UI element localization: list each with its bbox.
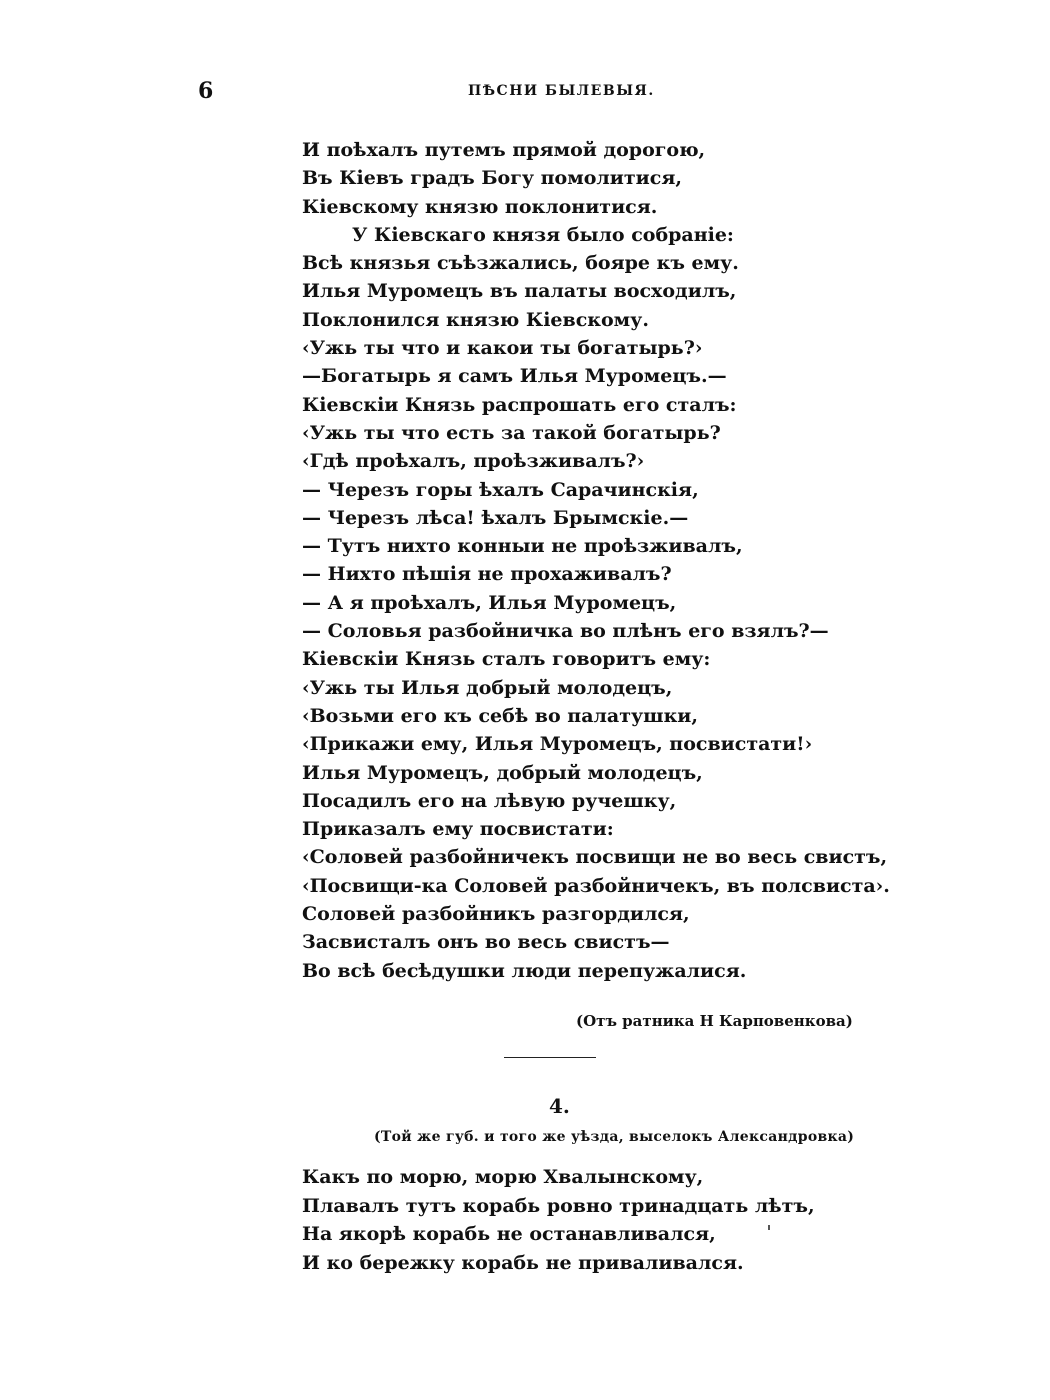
verse-line: Посадилъ его на лѣвую ручешку, [302, 787, 890, 815]
verse-line: Плавалъ тутъ корабь ровно тринадцать лѣт… [302, 1192, 815, 1221]
verse-line: — Нихто пѣшія не прохаживалъ? [302, 560, 890, 588]
book-page: 6 ПѢСНИ БЫЛЕВЫЯ. И поѣхалъ путемъ прямой… [0, 0, 1050, 1400]
verse-line: Кіевскіи Князь сталъ говоритъ ему: [302, 645, 890, 673]
verse-line: Соловей разбойникъ разгордился, [302, 900, 890, 928]
verse-line: Во всѣ бесѣдушки люди перепужалися. [302, 957, 890, 985]
verse-line: — Черезъ лѣса! ѣхалъ Брымскіе.— [302, 504, 890, 532]
section-divider [504, 1057, 596, 1058]
verse-line: ‹Посвищи-ка Соловей разбойничекъ, въ пол… [302, 872, 890, 900]
verse-line: На якорѣ корабь не останавливался, [302, 1220, 815, 1249]
verse-line: —Богатырь я самъ Илья Муромецъ.— [302, 362, 890, 390]
scan-speck [768, 1225, 770, 1230]
verse-line: Кіевскіи Князь распрошать его сталъ: [302, 391, 890, 419]
verse-line: Засвисталъ онъ во весь свистъ— [302, 928, 890, 956]
verse-line: — Черезъ горы ѣхалъ Сарачинскія, [302, 476, 890, 504]
verse-line: ‹Ужь ты что и какои ты богатырь?› [302, 334, 890, 362]
page-number: 6 [198, 78, 213, 104]
verse-line: Всѣ князья съѣзжались, бояре къ ему. [302, 249, 890, 277]
verse-line: Въ Кіевъ градъ Богу помолитися, [302, 164, 890, 192]
verse-line: ‹Возьми его къ себѣ во палатушки, [302, 702, 890, 730]
verse-line: И ко бережку корабь не приваливался. [302, 1249, 815, 1278]
verse-line: И поѣхалъ путемъ прямой дорогою, [302, 136, 890, 164]
verse-line: Какъ по морю, морю Хвалынскому, [302, 1163, 815, 1192]
verse-line: ‹Ужь ты что есть за такой богатырь? [302, 419, 890, 447]
verse-line: ‹Ужь ты Илья добрый молодецъ, [302, 674, 890, 702]
verse-line: Приказалъ ему посвистати: [302, 815, 890, 843]
verse-line: Илья Муромецъ, добрый молодецъ, [302, 759, 890, 787]
poem-section-3: И поѣхалъ путемъ прямой дорогою, Въ Кіев… [302, 136, 890, 985]
verse-line: ‹Прикажи ему, Илья Муромецъ, посвистати!… [302, 730, 890, 758]
location-note: (Той же губ. и того же уѣзда, выселокъ А… [374, 1129, 854, 1145]
section-number: 4. [549, 1094, 570, 1118]
verse-line: ‹Соловей разбойничекъ посвищи не во весь… [302, 843, 890, 871]
attribution: (Отъ ратника Н Карповенкова) [576, 1012, 853, 1030]
verse-line: — Соловья разбойничка во плѣнъ его взялъ… [302, 617, 890, 645]
verse-line: — Тутъ нихто конныи не проѣзживалъ, [302, 532, 890, 560]
verse-line: Илья Муромецъ въ палаты восходилъ, [302, 277, 890, 305]
verse-line-indented: У Кіевскаго князя было собраніе: [302, 221, 890, 249]
poem-section-4: Какъ по морю, морю Хвалынскому, Плавалъ … [302, 1163, 815, 1277]
verse-line: ‹Гдѣ проѣхалъ, проѣзживалъ?› [302, 447, 890, 475]
running-head: ПѢСНИ БЫЛЕВЫЯ. [468, 83, 655, 99]
verse-line: Поклонился князю Кіевскому. [302, 306, 890, 334]
verse-line: — А я проѣхалъ, Илья Муромецъ, [302, 589, 890, 617]
verse-line: Кіевскому князю поклонитися. [302, 193, 890, 221]
